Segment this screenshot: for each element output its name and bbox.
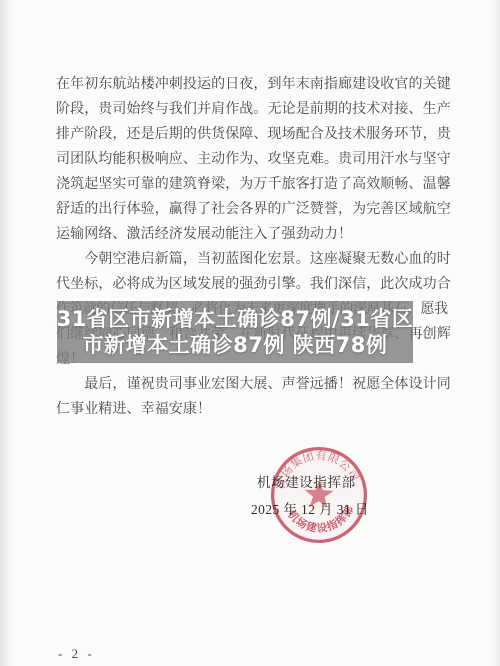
official-seal: 机场集团有限公司 机场建设指挥部: [263, 439, 375, 551]
letter-line: 最后，谨祝贵司事业宏图大展、声誉远播！祝愿全体设计同: [56, 372, 456, 397]
letter-line: 舒适的出行体验，赢得了社会各界的广泛赞誉，为完善区域航空: [56, 197, 456, 222]
scanned-letter-page: 在年初东航站楼冲刺投运的日夜，到年末南指廊建设收官的关键 阶段，贵司始终与我们并…: [0, 0, 500, 666]
letter-line: 司团队均能积极响应、主动作为、攻坚克难。贵司用汗水与坚守: [56, 147, 456, 172]
headline-line-1: 31省区市新增本土确诊87例/31省区: [57, 306, 414, 332]
letter-line: 阶段，贵司始终与我们并肩作战。无论是前期的技术对接、生产: [56, 97, 456, 122]
headline-overlay: 31省区市新增本土确诊87例/31省区 市新增本土确诊87例 陕西78例: [57, 301, 413, 363]
letter-line: 排产阶段，还是后期的供货保障、现场配合及技术服务环节，贵: [56, 122, 456, 147]
letter-line: 代坐标，必将成为区域发展的强劲引擎。我们深信，此次成功合: [56, 272, 456, 297]
letter-line: 今朝空港启新篇，当初蓝图化宏景。这座凝聚无数心血的时: [56, 247, 456, 272]
signature-org: 机场建设指挥部: [257, 471, 356, 491]
letter-line: 仁事业精进、幸福安康！: [56, 397, 456, 422]
page-number: - 2 -: [58, 646, 95, 662]
signature-date: 2025 年 12 月 31 日: [251, 498, 369, 518]
letter-line: 运输网络、激活经济发展动能注入了强劲动力！: [56, 222, 456, 247]
headline-line-2: 市新增本土确诊87例 陕西78例: [83, 332, 388, 358]
scan-edge-shadow-left: [0, 0, 14, 666]
letter-line: 浇筑起坚实可靠的建筑脊梁，为万千旅客打造了高效顺畅、温馨: [56, 172, 456, 197]
letter-line: 在年初东航站楼冲刺投运的日夜，到年末南指廊建设收官的关键: [56, 72, 456, 97]
letter-body: 在年初东航站楼冲刺投运的日夜，到年末南指廊建设收官的关键 阶段，贵司始终与我们并…: [56, 72, 456, 422]
scan-edge-shadow-right: [490, 0, 500, 666]
